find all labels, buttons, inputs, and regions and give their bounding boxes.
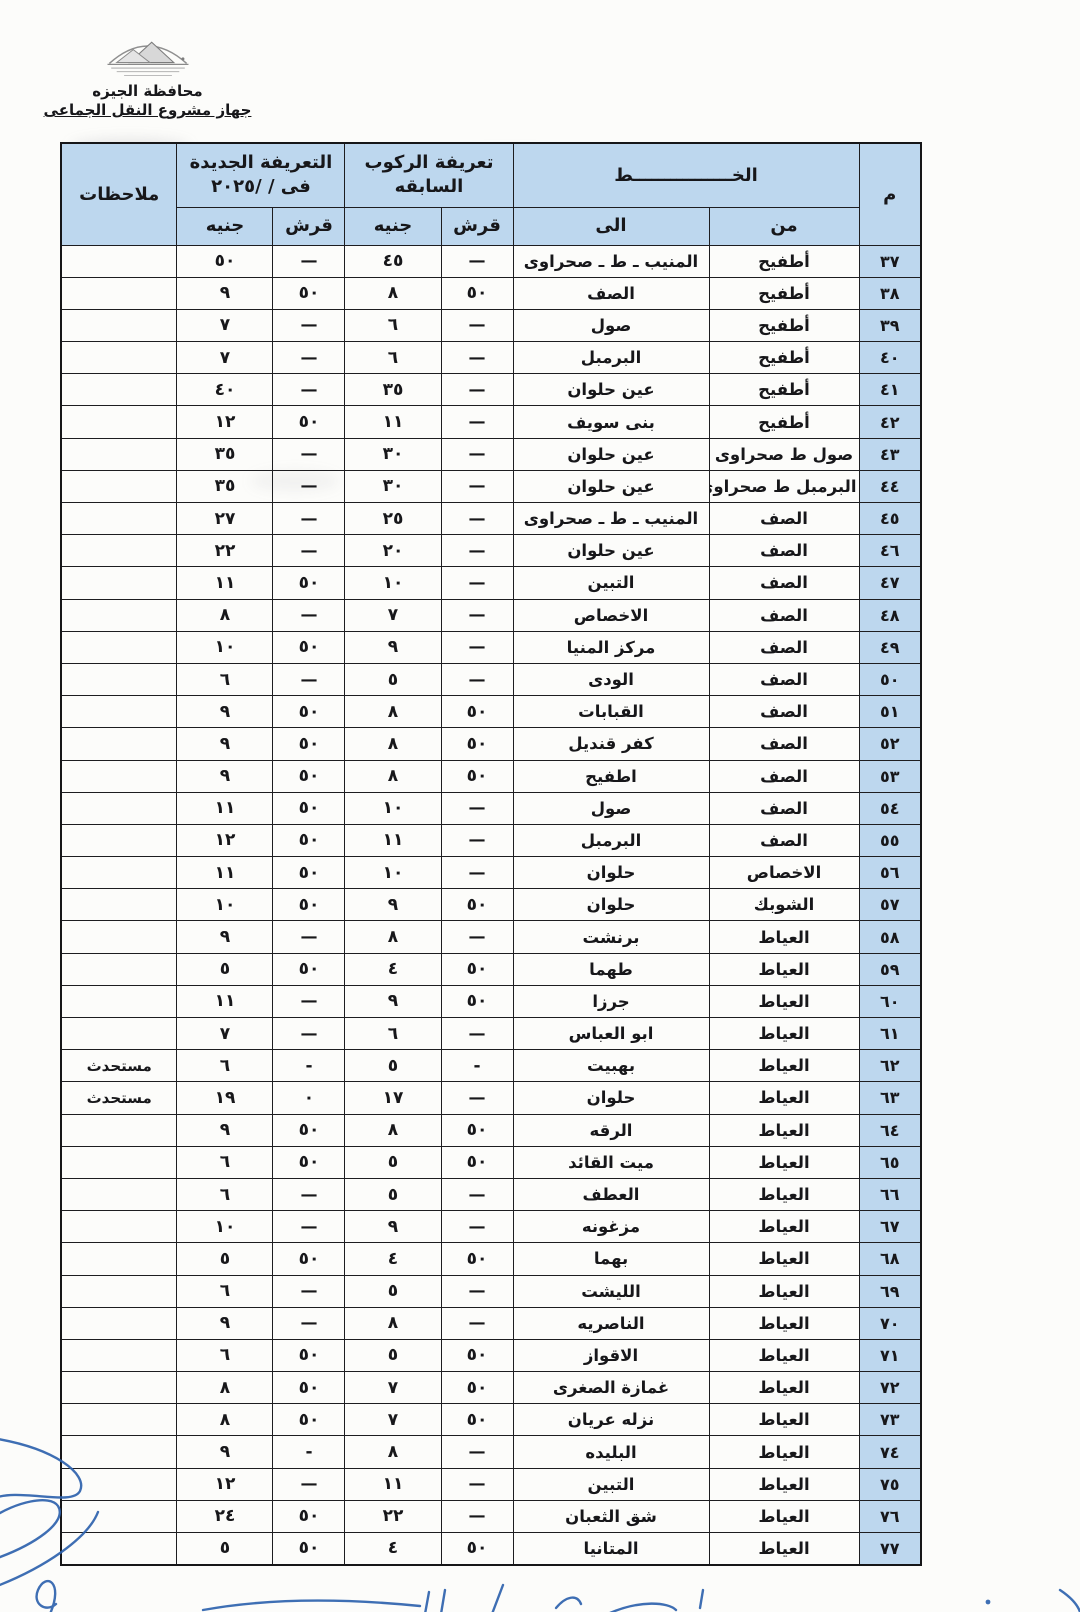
new-geneih-cell: ٢٤: [177, 1500, 273, 1532]
prev-qirsh-cell: —: [441, 1468, 513, 1500]
from-cell: الصف: [709, 503, 859, 535]
prev-geneih-cell: ٤: [345, 953, 441, 985]
prev-qirsh-cell: —: [441, 1436, 513, 1468]
to-cell: ابو العباس: [513, 1018, 709, 1050]
prev-geneih-cell: ٤: [345, 1243, 441, 1275]
prev-geneih-cell: ٥: [345, 1050, 441, 1082]
fare-row: ٦٦ العياط العطف — ٥ — ٦: [61, 1178, 921, 1210]
prev-qirsh-cell: —: [441, 535, 513, 567]
notes-cell: [61, 663, 177, 695]
notes-cell: [61, 1018, 177, 1050]
from-cell: العياط: [709, 1211, 859, 1243]
notes-cell: [61, 1339, 177, 1371]
notes-cell: [61, 567, 177, 599]
from-cell: العياط: [709, 1436, 859, 1468]
row-number-cell: ٤٦: [859, 535, 921, 567]
prev-qirsh-cell: ٥٠: [441, 1114, 513, 1146]
prev-qirsh-cell: —: [441, 792, 513, 824]
new-geneih-cell: ١٠: [177, 889, 273, 921]
notes-cell: [61, 792, 177, 824]
prev-qirsh-cell: —: [441, 503, 513, 535]
prev-qirsh-cell: —: [441, 1178, 513, 1210]
to-cell: صول: [513, 792, 709, 824]
new-geneih-cell: ٦: [177, 1275, 273, 1307]
to-cell: بهبيت: [513, 1050, 709, 1082]
prev-qirsh-cell: —: [441, 567, 513, 599]
to-cell: صول: [513, 309, 709, 341]
to-cell: البليده: [513, 1436, 709, 1468]
prev-geneih-cell: ٨: [345, 1436, 441, 1468]
notes-cell: [61, 889, 177, 921]
prev-geneih-cell: ٥: [345, 1275, 441, 1307]
prev-qirsh-cell: -: [441, 1050, 513, 1082]
from-cell: العياط: [709, 953, 859, 985]
from-cell: العياط: [709, 1404, 859, 1436]
to-cell: الليشت: [513, 1275, 709, 1307]
prev-geneih-cell: ٩: [345, 889, 441, 921]
to-cell: عين حلوان: [513, 374, 709, 406]
fare-row: ٤٦ الصف عين حلوان — ٢٠ — ٢٢: [61, 535, 921, 567]
row-number-cell: ٥٥: [859, 824, 921, 856]
fare-row: ٦٣ العياط حلوان — ١٧ ٠ ١٩ مستحدث: [61, 1082, 921, 1114]
prev-qirsh-cell: —: [441, 245, 513, 277]
new-qirsh-cell: ٥٠: [273, 857, 345, 889]
new-qirsh-cell: ٥٠: [273, 824, 345, 856]
new-qirsh-cell: ٥٠: [273, 1372, 345, 1404]
new-geneih-cell: ٨: [177, 1372, 273, 1404]
new-geneih-cell: ٦: [177, 1050, 273, 1082]
from-cell: الصف: [709, 631, 859, 663]
new-geneih-cell: ٩: [177, 1436, 273, 1468]
row-number-cell: ٥١: [859, 696, 921, 728]
new-geneih-cell: ٧: [177, 342, 273, 374]
from-cell: العياط: [709, 1468, 859, 1500]
prev-geneih-cell: ١١: [345, 1468, 441, 1500]
col-header-new-geneih: جنيه: [177, 207, 273, 245]
row-number-cell: ٦٨: [859, 1243, 921, 1275]
row-number-cell: ٧٥: [859, 1468, 921, 1500]
prev-geneih-cell: ٨: [345, 277, 441, 309]
new-qirsh-cell: ٥٠: [273, 1404, 345, 1436]
new-geneih-cell: ٩: [177, 1114, 273, 1146]
prev-qirsh-cell: ٥٠: [441, 985, 513, 1017]
row-number-cell: ٥٧: [859, 889, 921, 921]
new-tariff-line2: فى / /٢٠٢٥: [179, 175, 342, 199]
notes-cell: [61, 277, 177, 309]
row-number-cell: ٦٧: [859, 1211, 921, 1243]
fare-row: ٤٣ صول ط صحراوى عين حلوان — ٣٠ — ٣٥: [61, 438, 921, 470]
fare-row: ٤٢ أطفيح بنى سويف — ١١ ٥٠ ١٢: [61, 406, 921, 438]
notes-cell: [61, 631, 177, 663]
prev-geneih-cell: ٨: [345, 760, 441, 792]
to-cell: البرمبل: [513, 824, 709, 856]
prev-geneih-cell: ٥: [345, 1146, 441, 1178]
new-geneih-cell: ٩: [177, 921, 273, 953]
fare-row: ٧٦ العياط شق الثعبان — ٢٢ ٥٠ ٢٤: [61, 1500, 921, 1532]
row-number-cell: ٥٣: [859, 760, 921, 792]
fare-row: ٥٦ الاخصاص حلوان — ١٠ ٥٠ ١١: [61, 857, 921, 889]
to-cell: حلوان: [513, 889, 709, 921]
from-cell: العياط: [709, 1018, 859, 1050]
new-qirsh-cell: ٥٠: [273, 953, 345, 985]
from-cell: أطفيح: [709, 342, 859, 374]
notes-cell: مستحدث: [61, 1082, 177, 1114]
prev-geneih-cell: ١٠: [345, 792, 441, 824]
new-geneih-cell: ٨: [177, 599, 273, 631]
new-geneih-cell: ٦: [177, 1178, 273, 1210]
from-cell: العياط: [709, 1114, 859, 1146]
from-cell: العياط: [709, 1050, 859, 1082]
new-geneih-cell: ١٢: [177, 406, 273, 438]
new-qirsh-cell: ٥٠: [273, 1146, 345, 1178]
notes-cell: [61, 342, 177, 374]
fare-row: ٦٤ العياط الرقه ٥٠ ٨ ٥٠ ٩: [61, 1114, 921, 1146]
prev-qirsh-cell: —: [441, 857, 513, 889]
new-qirsh-cell: —: [273, 503, 345, 535]
notes-cell: [61, 406, 177, 438]
to-cell: الصف: [513, 277, 709, 309]
new-tariff-line1: التعريفة الجديدة: [179, 151, 342, 175]
to-cell: جرزا: [513, 985, 709, 1017]
row-number-cell: ٤٧: [859, 567, 921, 599]
prev-qirsh-cell: —: [441, 1082, 513, 1114]
col-header-line-group: الخــــــــــــــــط: [513, 143, 859, 207]
from-cell: الصف: [709, 535, 859, 567]
row-number-cell: ٥٨: [859, 921, 921, 953]
new-geneih-cell: ١١: [177, 567, 273, 599]
prev-qirsh-cell: —: [441, 1018, 513, 1050]
row-number-cell: ٦٢: [859, 1050, 921, 1082]
to-cell: الناصريه: [513, 1307, 709, 1339]
prev-qirsh-cell: —: [441, 1500, 513, 1532]
prev-qirsh-cell: —: [441, 470, 513, 502]
from-cell: الصف: [709, 696, 859, 728]
prev-geneih-cell: ١١: [345, 406, 441, 438]
new-qirsh-cell: —: [273, 438, 345, 470]
new-qirsh-cell: ٥٠: [273, 1114, 345, 1146]
notes-cell: [61, 503, 177, 535]
to-cell: المنيب ـ ط ـ صحراوى: [513, 503, 709, 535]
prev-geneih-cell: ٨: [345, 1114, 441, 1146]
from-cell: العياط: [709, 1533, 859, 1565]
fare-row: ٦٩ العياط الليشت — ٥ — ٦: [61, 1275, 921, 1307]
new-qirsh-cell: —: [273, 309, 345, 341]
new-geneih-cell: ١٩: [177, 1082, 273, 1114]
new-geneih-cell: ٥: [177, 1243, 273, 1275]
fare-row: ٧٥ العياط التبين — ١١ — ١٢: [61, 1468, 921, 1500]
new-qirsh-cell: —: [273, 1018, 345, 1050]
fare-row: ٦٠ العياط جرزا ٥٠ ٩ — ١١: [61, 985, 921, 1017]
prev-qirsh-cell: ٥٠: [441, 1146, 513, 1178]
prev-qirsh-cell: ٥٠: [441, 760, 513, 792]
prev-geneih-cell: ٣٠: [345, 470, 441, 502]
to-cell: ميت القائد: [513, 1146, 709, 1178]
fare-row: ٤٥ الصف المنيب ـ ط ـ صحراوى — ٢٥ — ٢٧: [61, 503, 921, 535]
new-geneih-cell: ٩: [177, 277, 273, 309]
notes-cell: [61, 921, 177, 953]
new-geneih-cell: ٢٧: [177, 503, 273, 535]
from-cell: الصف: [709, 728, 859, 760]
prev-geneih-cell: ٩: [345, 631, 441, 663]
from-cell: العياط: [709, 1307, 859, 1339]
col-header-new-qirsh: قرش: [273, 207, 345, 245]
prev-geneih-cell: ٢٥: [345, 503, 441, 535]
prev-qirsh-cell: —: [441, 1275, 513, 1307]
prev-geneih-cell: ٩: [345, 985, 441, 1017]
giza-pyramids-logo: [102, 34, 194, 80]
prev-qirsh-cell: —: [441, 824, 513, 856]
notes-cell: [61, 1178, 177, 1210]
col-header-from: من: [709, 207, 859, 245]
notes-cell: [61, 438, 177, 470]
prev-qirsh-cell: ٥٠: [441, 277, 513, 309]
from-cell: البرمبل ط صحراوى: [709, 470, 859, 502]
prev-qirsh-cell: ٥٠: [441, 1404, 513, 1436]
governorate-name: محافظة الجيزه: [40, 82, 255, 100]
prev-geneih-cell: ٢٢: [345, 1500, 441, 1532]
new-qirsh-cell: ٥٠: [273, 567, 345, 599]
prev-tariff-line1: تعريفة الركوب: [347, 151, 510, 175]
from-cell: العياط: [709, 921, 859, 953]
new-geneih-cell: ٤٠: [177, 374, 273, 406]
from-cell: أطفيح: [709, 374, 859, 406]
fare-row: ٧٧ العياط المتانيا ٥٠ ٤ ٥٠ ٥: [61, 1533, 921, 1565]
from-cell: أطفيح: [709, 309, 859, 341]
prev-geneih-cell: ١٠: [345, 857, 441, 889]
to-cell: التبين: [513, 1468, 709, 1500]
to-cell: حلوان: [513, 857, 709, 889]
fare-rows: ٣٧ أطفيح المنيب ـ ط ـ صحراوى — ٤٥ — ٥٠ ٣…: [61, 245, 921, 1565]
to-cell: حلوان: [513, 1082, 709, 1114]
fare-row: ٣٨ أطفيح الصف ٥٠ ٨ ٥٠ ٩: [61, 277, 921, 309]
col-header-to: الى: [513, 207, 709, 245]
prev-geneih-cell: ٣٥: [345, 374, 441, 406]
new-qirsh-cell: —: [273, 599, 345, 631]
to-cell: برنشت: [513, 921, 709, 953]
notes-cell: [61, 599, 177, 631]
fare-row: ٦٨ العياط بهما ٥٠ ٤ ٥٠ ٥: [61, 1243, 921, 1275]
notes-cell: مستحدث: [61, 1050, 177, 1082]
new-qirsh-cell: —: [273, 1275, 345, 1307]
row-number-cell: ٤٤: [859, 470, 921, 502]
new-geneih-cell: ٩: [177, 728, 273, 760]
fare-row: ٧٣ العياط نزله عريان ٥٠ ٧ ٥٠ ٨: [61, 1404, 921, 1436]
prev-geneih-cell: ٦: [345, 309, 441, 341]
prev-qirsh-cell: ٥٠: [441, 1243, 513, 1275]
prev-geneih-cell: ٨: [345, 728, 441, 760]
prev-qirsh-cell: —: [441, 663, 513, 695]
fare-row: ٦١ العياط ابو العباس — ٦ — ٧: [61, 1018, 921, 1050]
from-cell: الاخصاص: [709, 857, 859, 889]
row-number-cell: ٤٣: [859, 438, 921, 470]
fare-row: ٥٩ العياط طهما ٥٠ ٤ ٥٠ ٥: [61, 953, 921, 985]
notes-cell: [61, 1114, 177, 1146]
row-number-cell: ٧٤: [859, 1436, 921, 1468]
new-qirsh-cell: ٥٠: [273, 1339, 345, 1371]
prev-qirsh-cell: —: [441, 406, 513, 438]
prev-geneih-cell: ٣٠: [345, 438, 441, 470]
new-geneih-cell: ٧: [177, 309, 273, 341]
fare-row: ٤٩ الصف مركز المنيا — ٩ ٥٠ ١٠: [61, 631, 921, 663]
new-geneih-cell: ٩: [177, 760, 273, 792]
fare-row: ٦٢ العياط بهبيت - ٥ - ٦ مستحدث: [61, 1050, 921, 1082]
prev-qirsh-cell: —: [441, 309, 513, 341]
prev-qirsh-cell: —: [441, 631, 513, 663]
notes-cell: [61, 953, 177, 985]
fare-row: ٤١ أطفيح عين حلوان — ٣٥ — ٤٠: [61, 374, 921, 406]
prev-geneih-cell: ٤٥: [345, 245, 441, 277]
notes-cell: [61, 535, 177, 567]
new-qirsh-cell: ٥٠: [273, 728, 345, 760]
fare-row: ٧٠ العياط الناصريه — ٨ — ٩: [61, 1307, 921, 1339]
row-number-cell: ٧٢: [859, 1372, 921, 1404]
notes-cell: [61, 1468, 177, 1500]
new-qirsh-cell: —: [273, 985, 345, 1017]
notes-cell: [61, 1500, 177, 1532]
to-cell: اطفيح: [513, 760, 709, 792]
fare-row: ٤٧ الصف التبين — ١٠ ٥٠ ١١: [61, 567, 921, 599]
new-qirsh-cell: —: [273, 1307, 345, 1339]
to-cell: الرقه: [513, 1114, 709, 1146]
to-cell: عين حلوان: [513, 470, 709, 502]
row-number-cell: ٦٩: [859, 1275, 921, 1307]
notes-cell: [61, 1146, 177, 1178]
to-cell: مزغونه: [513, 1211, 709, 1243]
from-cell: الصف: [709, 792, 859, 824]
new-geneih-cell: ٣٥: [177, 470, 273, 502]
row-number-cell: ٤٨: [859, 599, 921, 631]
new-qirsh-cell: —: [273, 921, 345, 953]
prev-geneih-cell: ٥: [345, 1339, 441, 1371]
fare-row: ٥٤ الصف صول — ١٠ ٥٠ ١١: [61, 792, 921, 824]
notes-cell: [61, 309, 177, 341]
new-qirsh-cell: ٥٠: [273, 1500, 345, 1532]
prev-qirsh-cell: ٥٠: [441, 696, 513, 728]
new-geneih-cell: ٥: [177, 953, 273, 985]
to-cell: طهما: [513, 953, 709, 985]
to-cell: العطف: [513, 1178, 709, 1210]
prev-qirsh-cell: —: [441, 921, 513, 953]
from-cell: الشوبك: [709, 889, 859, 921]
prev-qirsh-cell: —: [441, 599, 513, 631]
row-number-cell: ٧٣: [859, 1404, 921, 1436]
prev-geneih-cell: ٨: [345, 696, 441, 728]
new-geneih-cell: ٨: [177, 1404, 273, 1436]
notes-cell: [61, 985, 177, 1017]
notes-cell: [61, 245, 177, 277]
to-cell: نزله عريان: [513, 1404, 709, 1436]
fare-table: م الخــــــــــــــــط تعريفة الركوب الس…: [60, 142, 922, 1566]
new-geneih-cell: ١٢: [177, 1468, 273, 1500]
fare-row: ٥١ الصف القبابات ٥٠ ٨ ٥٠ ٩: [61, 696, 921, 728]
from-cell: الصف: [709, 824, 859, 856]
new-qirsh-cell: —: [273, 1178, 345, 1210]
prev-geneih-cell: ٥: [345, 663, 441, 695]
fare-row: ٦٧ العياط مزغونه — ٩ — ١٠: [61, 1211, 921, 1243]
to-cell: الودى: [513, 663, 709, 695]
notes-cell: [61, 1243, 177, 1275]
row-number-cell: ٧٠: [859, 1307, 921, 1339]
new-geneih-cell: ١١: [177, 857, 273, 889]
new-geneih-cell: ١٠: [177, 1211, 273, 1243]
new-geneih-cell: ٥: [177, 1533, 273, 1565]
fare-row: ٧٢ العياط غمازة الصغرى ٥٠ ٧ ٥٠ ٨: [61, 1372, 921, 1404]
prev-qirsh-cell: ٥٠: [441, 1372, 513, 1404]
to-cell: بهما: [513, 1243, 709, 1275]
to-cell: المنيب ـ ط ـ صحراوى: [513, 245, 709, 277]
prev-geneih-cell: ١٠: [345, 567, 441, 599]
new-qirsh-cell: ٥٠: [273, 1243, 345, 1275]
prev-qirsh-cell: —: [441, 1307, 513, 1339]
new-geneih-cell: ٦: [177, 1146, 273, 1178]
fare-row: ٥٠ الصف الودى — ٥ — ٦: [61, 663, 921, 695]
row-number-cell: ٤٥: [859, 503, 921, 535]
new-qirsh-cell: —: [273, 470, 345, 502]
col-header-new-tariff: التعريفة الجديدة فى / /٢٠٢٥: [177, 143, 345, 207]
prev-geneih-cell: ١١: [345, 824, 441, 856]
from-cell: أطفيح: [709, 245, 859, 277]
to-cell: القبابات: [513, 696, 709, 728]
to-cell: البرمبل: [513, 342, 709, 374]
fare-row: ٥٣ الصف اطفيح ٥٠ ٨ ٥٠ ٩: [61, 760, 921, 792]
new-geneih-cell: ٦: [177, 663, 273, 695]
from-cell: العياط: [709, 1146, 859, 1178]
from-cell: العياط: [709, 1243, 859, 1275]
prev-qirsh-cell: ٥٠: [441, 1533, 513, 1565]
prev-qirsh-cell: —: [441, 374, 513, 406]
row-number-cell: ٣٧: [859, 245, 921, 277]
new-qirsh-cell: ٥٠: [273, 792, 345, 824]
prev-geneih-cell: ١٧: [345, 1082, 441, 1114]
from-cell: العياط: [709, 1372, 859, 1404]
row-number-cell: ٥٤: [859, 792, 921, 824]
prev-geneih-cell: ٦: [345, 1018, 441, 1050]
notes-cell: [61, 1404, 177, 1436]
prev-geneih-cell: ٤: [345, 1533, 441, 1565]
new-qirsh-cell: -: [273, 1436, 345, 1468]
col-header-index: م: [859, 143, 921, 245]
prev-geneih-cell: ٨: [345, 921, 441, 953]
row-number-cell: ٦٣: [859, 1082, 921, 1114]
row-number-cell: ٧١: [859, 1339, 921, 1371]
row-number-cell: ٤٢: [859, 406, 921, 438]
notes-cell: [61, 1307, 177, 1339]
new-geneih-cell: ١١: [177, 792, 273, 824]
new-qirsh-cell: ٥٠: [273, 889, 345, 921]
to-cell: غمازة الصغرى: [513, 1372, 709, 1404]
to-cell: كفر قنديل: [513, 728, 709, 760]
notes-cell: [61, 374, 177, 406]
row-number-cell: ٤٠: [859, 342, 921, 374]
from-cell: الصف: [709, 567, 859, 599]
fare-row: ٤٤ البرمبل ط صحراوى عين حلوان — ٣٠ — ٣٥: [61, 470, 921, 502]
fare-row: ٤٨ الصف الاخصاص — ٧ — ٨: [61, 599, 921, 631]
row-number-cell: ٣٩: [859, 309, 921, 341]
from-cell: أطفيح: [709, 277, 859, 309]
to-cell: مركز المنيا: [513, 631, 709, 663]
notes-cell: [61, 1372, 177, 1404]
row-number-cell: ٤٩: [859, 631, 921, 663]
agency-name: جهاز مشروع النقل الجماعى: [40, 101, 255, 119]
notes-cell: [61, 1211, 177, 1243]
to-cell: عين حلوان: [513, 438, 709, 470]
new-qirsh-cell: —: [273, 1468, 345, 1500]
prev-qirsh-cell: ٥٠: [441, 889, 513, 921]
new-qirsh-cell: ٥٠: [273, 1533, 345, 1565]
from-cell: العياط: [709, 1500, 859, 1532]
from-cell: الصف: [709, 663, 859, 695]
new-qirsh-cell: ٥٠: [273, 631, 345, 663]
